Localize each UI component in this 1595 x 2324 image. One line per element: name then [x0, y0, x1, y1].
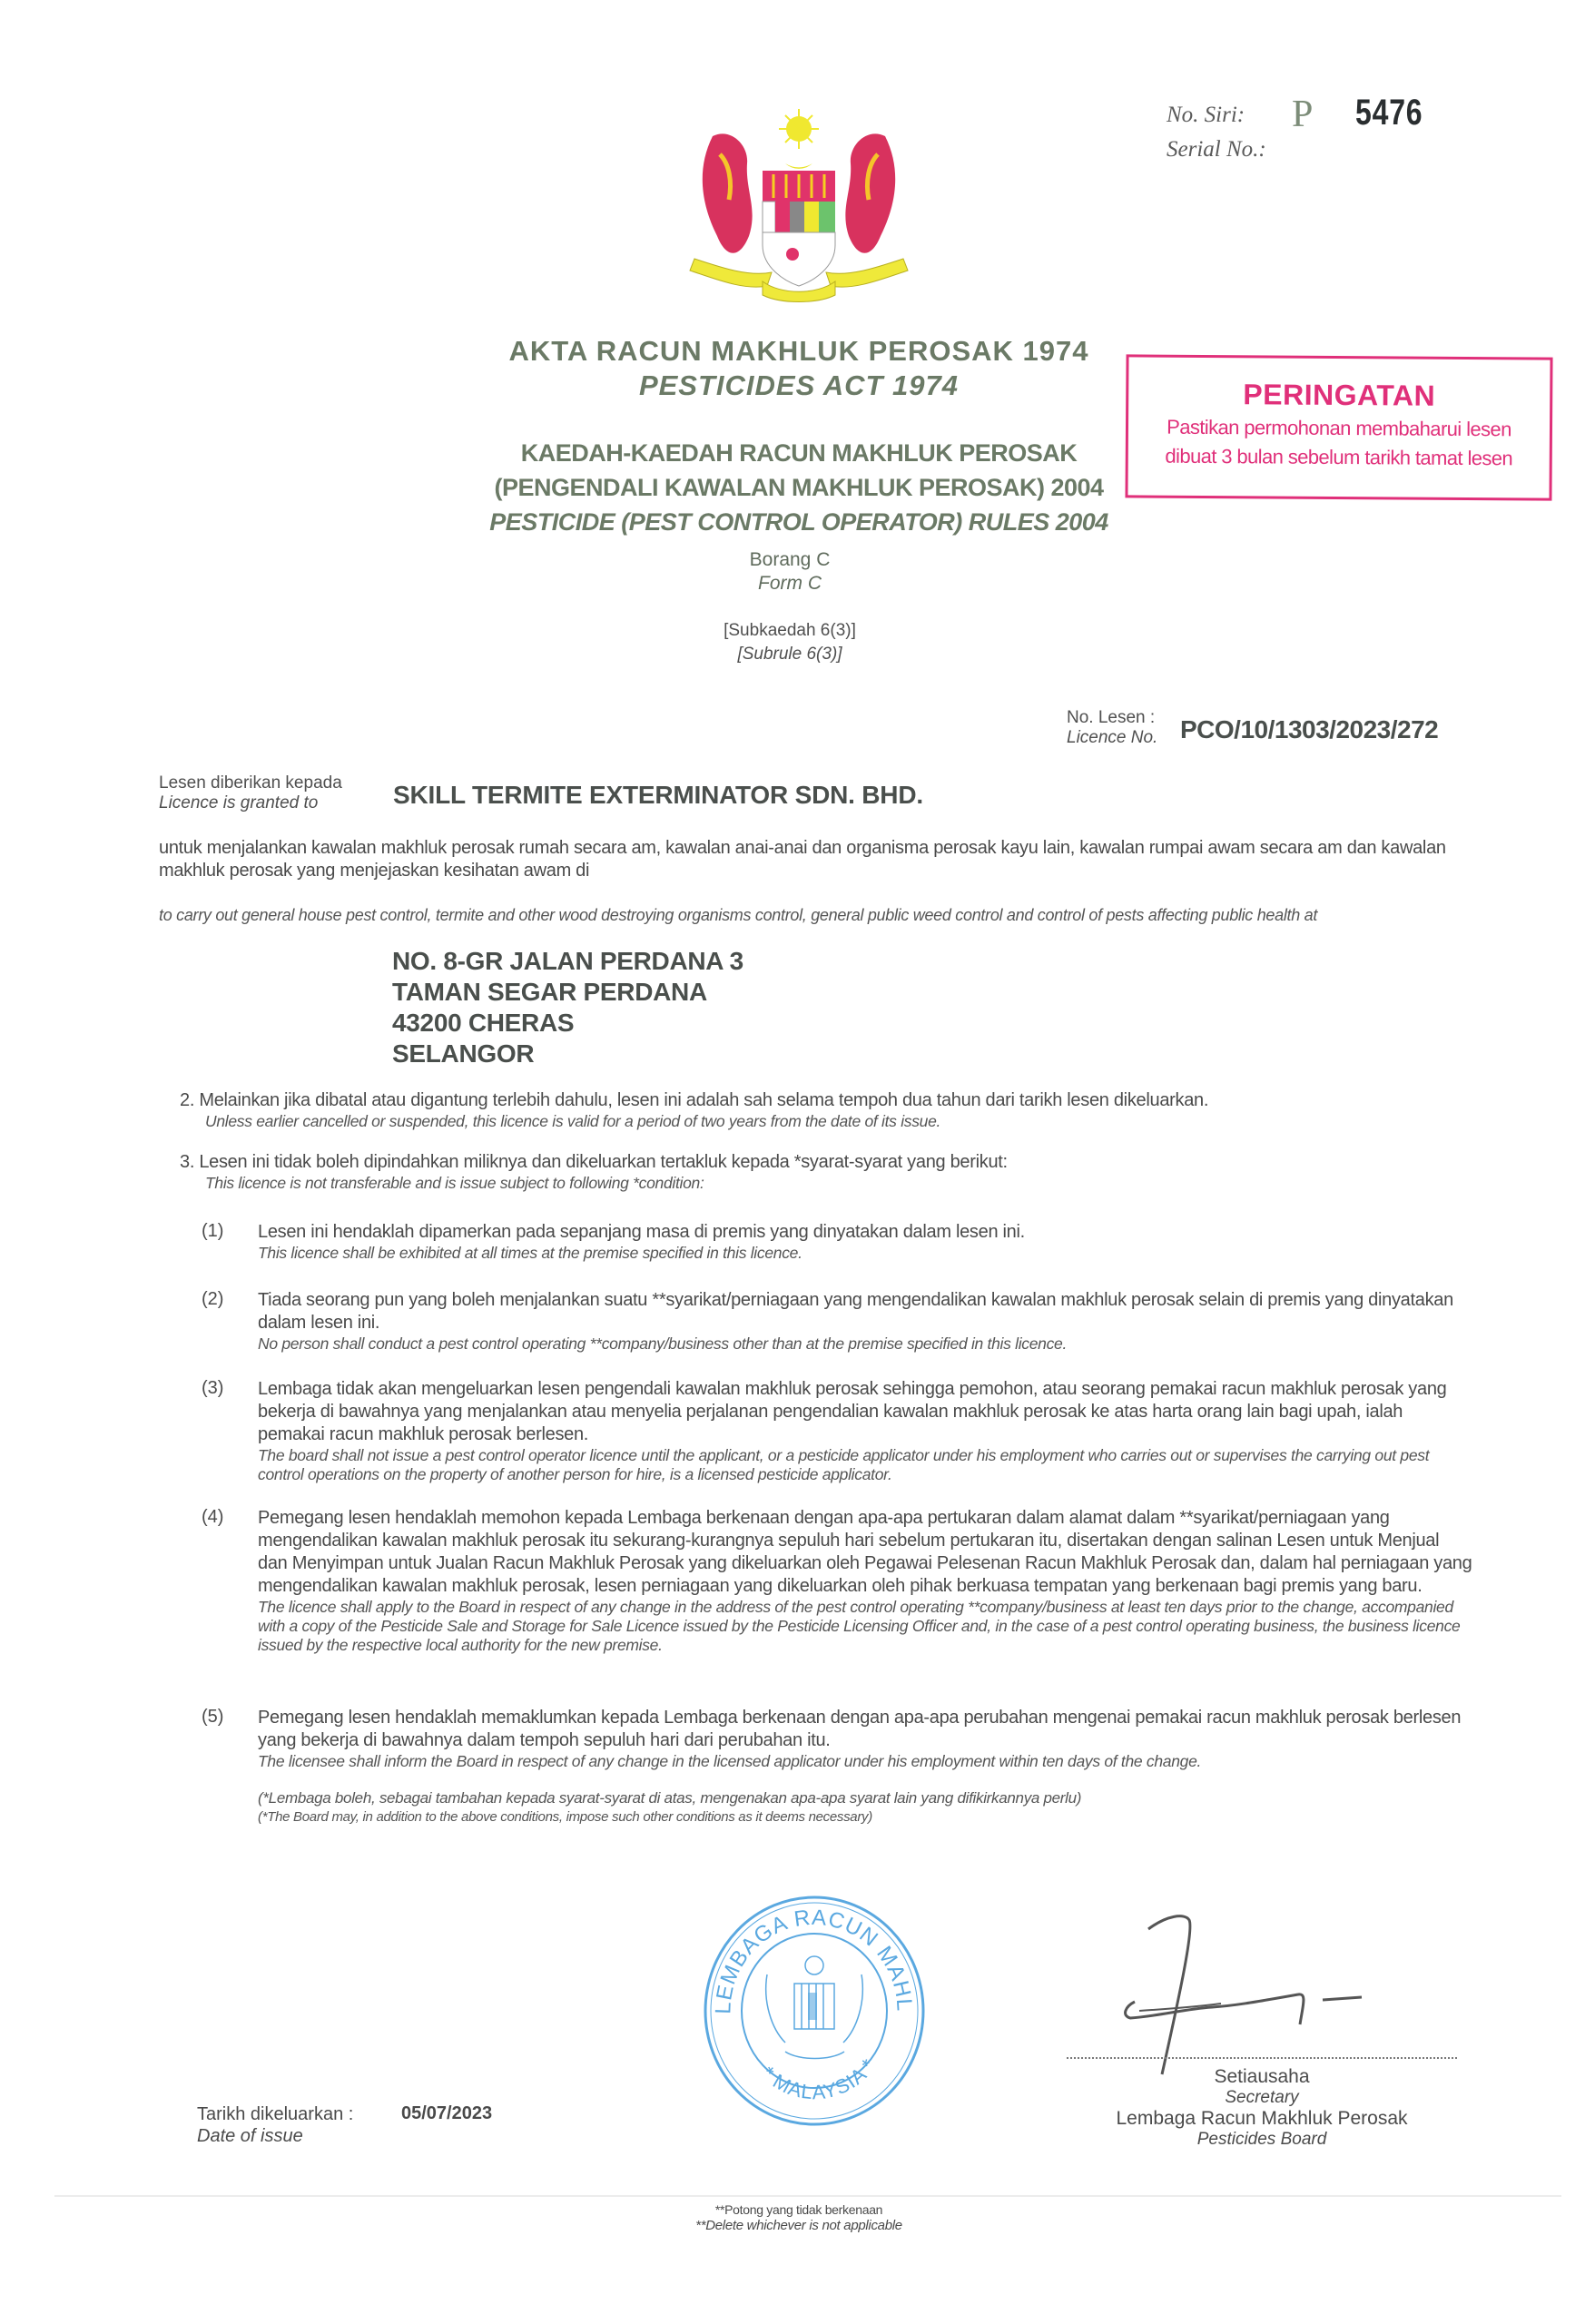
clause-text-en: Unless earlier cancelled or suspended, t… — [180, 1112, 1469, 1131]
signature-line — [1067, 2057, 1457, 2059]
signatory-block: Setiausaha Secretary Lembaga Racun Makhl… — [1067, 2066, 1457, 2150]
act-title-en: PESTICIDES ACT 1974 — [436, 369, 1162, 403]
condition-number: (4) — [202, 1507, 223, 1528]
act-title-ms: AKTA RACUN MAKHLUK PEROSAK 1974 — [436, 334, 1162, 369]
serial-label-en: Serial No.: — [1167, 133, 1266, 167]
issue-label-en: Date of issue — [197, 2125, 353, 2147]
form-label: Borang C Form C — [708, 548, 871, 596]
granted-label-ms: Lesen diberikan kepada — [159, 773, 342, 793]
form-label-en: Form C — [708, 572, 871, 596]
condition-text-ms: Pemegang lesen hendaklah memohon kepada … — [258, 1507, 1472, 1598]
footer-note: **Potong yang tidak berkenaan **Delete w… — [617, 2201, 980, 2234]
warning-stamp: PERINGATAN Pastikan permohonan membaharu… — [1125, 354, 1552, 500]
condition-number: (5) — [202, 1707, 223, 1728]
board-note-ms: (*Lembaga boleh, sebagai tambahan kepada… — [258, 1788, 1483, 1808]
warning-line-2: dibuat 3 bulan sebelum tarikh tamat lese… — [1128, 443, 1550, 471]
condition-2: (2) Tiada seorang pun yang boleh menjala… — [202, 1289, 1472, 1354]
signature — [1085, 1893, 1430, 2093]
svg-text:* MALAYSIA *: * MALAYSIA * — [757, 2054, 881, 2104]
signatory-title-en: Secretary — [1067, 2088, 1457, 2108]
licence-no-value: PCO/10/1303/2023/272 — [1180, 715, 1438, 744]
subrule-en: [Subrule 6(3)] — [708, 643, 871, 666]
clause-2: 2. Melainkan jika dibatal atau digantung… — [180, 1089, 1469, 1131]
address-line: TAMAN SEGAR PERDANA — [392, 977, 743, 1008]
rules-title-ms-2: (PENGENDALI KAWALAN MAKHLUK PEROSAK) 200… — [436, 470, 1162, 505]
granted-label-en: Licence is granted to — [159, 793, 342, 813]
purpose-ms: untuk menjalankan kawalan makhluk perosa… — [159, 837, 1448, 882]
serial-value: 5476 — [1355, 93, 1423, 133]
footer-note-ms: **Potong yang tidak berkenaan — [617, 2201, 980, 2218]
footer-divider — [54, 2195, 1561, 2197]
licence-no-label-ms: No. Lesen : — [1067, 708, 1157, 728]
warning-line-1: Pastikan permohonan membaharui lesen — [1128, 414, 1550, 442]
rules-title-en: PESTICIDE (PEST CONTROL OPERATOR) RULES … — [436, 505, 1162, 539]
condition-text-ms: Lembaga tidak akan mengeluarkan lesen pe… — [258, 1378, 1472, 1446]
subrule-label: [Subkaedah 6(3)] [Subrule 6(3)] — [708, 619, 871, 666]
serial-number: No. Siri: Serial No.: P 5476 — [1167, 98, 1266, 167]
condition-text-ms: Lesen ini hendaklah dipamerkan pada sepa… — [258, 1221, 1472, 1244]
purpose-en: to carry out general house pest control,… — [159, 905, 1448, 925]
address-line: NO. 8-GR JALAN PERDANA 3 — [392, 946, 743, 977]
clause-3: 3. Lesen ini tidak boleh dipindahkan mil… — [180, 1151, 1469, 1193]
licence-no-label-en: Licence No. — [1067, 728, 1157, 748]
clause-text-ms: 2. Melainkan jika dibatal atau digantung… — [180, 1089, 1469, 1112]
condition-number: (3) — [202, 1378, 223, 1399]
condition-text-ms: Tiada seorang pun yang boleh menjalankan… — [258, 1289, 1472, 1334]
address-line: SELANGOR — [392, 1039, 743, 1069]
condition-text-en: The licence shall apply to the Board in … — [258, 1598, 1472, 1655]
svg-text:LEMBAGA RACUN MAHLUK PEROSAK: LEMBAGA RACUN MAHLUK PEROSAK — [699, 1893, 917, 2014]
warning-title: PERINGATAN — [1128, 377, 1550, 413]
document-title-block: AKTA RACUN MAKHLUK PEROSAK 1974 PESTICID… — [436, 334, 1162, 539]
condition-number: (1) — [202, 1221, 223, 1242]
condition-text-en: No person shall conduct a pest control o… — [258, 1334, 1472, 1354]
condition-number: (2) — [202, 1289, 223, 1310]
condition-text-ms: Pemegang lesen hendaklah memaklumkan kep… — [258, 1707, 1472, 1752]
signatory-title-ms: Setiausaha — [1067, 2066, 1457, 2088]
clause-text-en: This licence is not transferable and is … — [180, 1174, 1469, 1193]
condition-text-en: The board shall not issue a pest control… — [258, 1446, 1472, 1484]
board-note: (*Lembaga boleh, sebagai tambahan kepada… — [258, 1788, 1483, 1826]
condition-text-en: This licence shall be exhibited at all t… — [258, 1244, 1472, 1263]
official-seal-icon: LEMBAGA RACUN MAHLUK PEROSAK * MALAYSIA … — [699, 1893, 930, 2129]
board-note-en: (*The Board may, in addition to the abov… — [258, 1808, 1483, 1826]
licence-number: No. Lesen : Licence No. PCO/10/1303/2023… — [1067, 708, 1157, 748]
rules-title-ms-1: KAEDAH-KAEDAH RACUN MAKHLUK PEROSAK — [436, 436, 1162, 470]
address-line: 43200 CHERAS — [392, 1008, 743, 1039]
licensee: Lesen diberikan kepada Licence is grante… — [159, 773, 342, 813]
form-label-ms: Borang C — [708, 548, 871, 572]
condition-3: (3) Lembaga tidak akan mengeluarkan lese… — [202, 1378, 1472, 1484]
subrule-ms: [Subkaedah 6(3)] — [708, 619, 871, 643]
coat-of-arms-icon — [676, 100, 921, 304]
licensee-name: SKILL TERMITE EXTERMINATOR SDN. BHD. — [393, 781, 923, 810]
signatory-org-en: Pesticides Board — [1067, 2130, 1457, 2150]
premise-address: NO. 8-GR JALAN PERDANA 3 TAMAN SEGAR PER… — [392, 946, 743, 1069]
serial-label-ms: No. Siri: — [1167, 98, 1266, 133]
condition-4: (4) Pemegang lesen hendaklah memohon kep… — [202, 1507, 1472, 1655]
footer-note-en: **Delete whichever is not applicable — [617, 2218, 980, 2234]
serial-prefix: P — [1292, 93, 1313, 136]
condition-text-en: The licensee shall inform the Board in r… — [258, 1752, 1472, 1771]
clause-text-ms: 3. Lesen ini tidak boleh dipindahkan mil… — [180, 1151, 1469, 1174]
signatory-org-ms: Lembaga Racun Makhluk Perosak — [1067, 2108, 1457, 2130]
condition-5: (5) Pemegang lesen hendaklah memaklumkan… — [202, 1707, 1472, 1771]
condition-1: (1) Lesen ini hendaklah dipamerkan pada … — [202, 1221, 1472, 1263]
issue-label-ms: Tarikh dikeluarkan : — [197, 2103, 353, 2125]
date-of-issue: Tarikh dikeluarkan : Date of issue 05/07… — [197, 2103, 353, 2147]
issue-date-value: 05/07/2023 — [401, 2103, 492, 2124]
